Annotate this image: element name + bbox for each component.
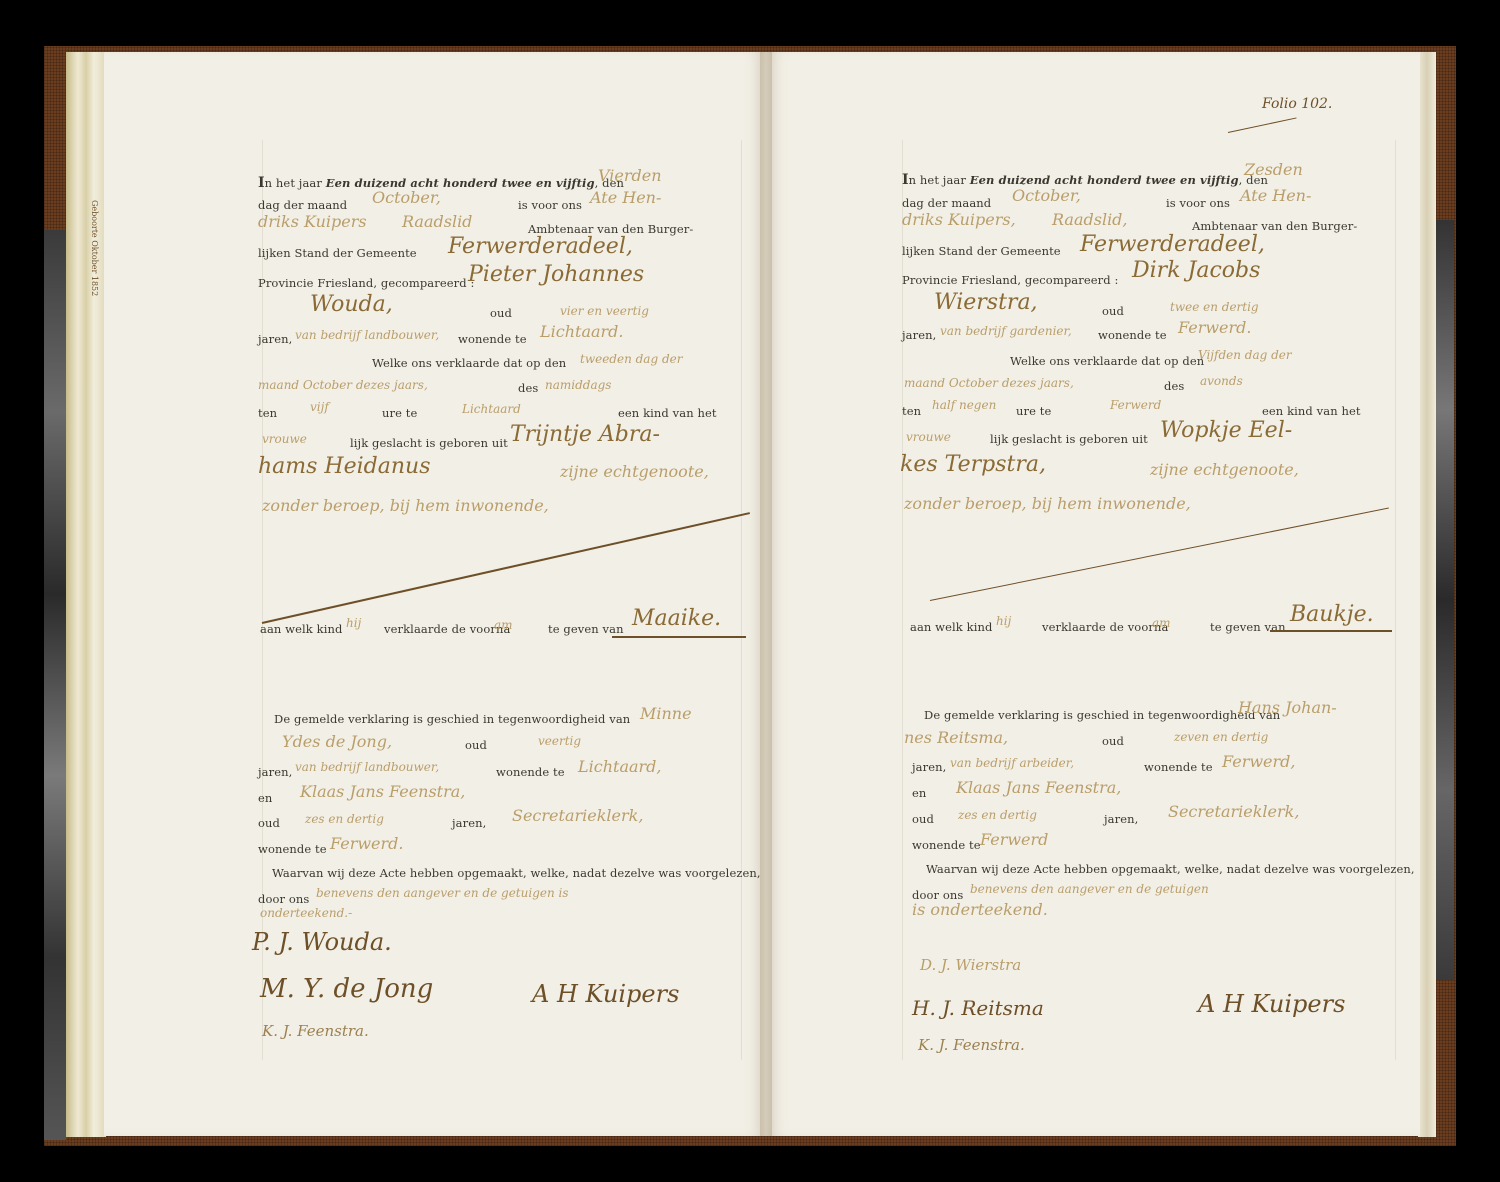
witness1-oud: oud: [465, 738, 487, 752]
witness1-residence-hand: Lichtaard,: [578, 757, 662, 776]
oud: oud: [1102, 304, 1124, 318]
child-name-underline: [1270, 630, 1392, 632]
witness2-age-hand: zes en dertig: [958, 808, 1037, 822]
child-name-hand: Maaike.: [632, 606, 721, 631]
residence-hand: Ferwerd.: [1178, 318, 1251, 337]
mother-details-hand: zonder beroep, bij hem inwonende,: [904, 494, 1191, 513]
witness2-occupation-hand: Secretarieklerk,: [512, 806, 643, 825]
birth-place-hand: Ferwerd: [1110, 398, 1161, 412]
child-name-underline: [612, 636, 746, 638]
lijk-geslacht: lijk geslacht is geboren uit: [990, 432, 1148, 446]
gemelde-verklaring: De gemelde verklaring is geschied in teg…: [924, 708, 1280, 722]
witness1-hand-1: Minne: [640, 704, 692, 723]
wonende-te: wonende te: [1098, 328, 1167, 342]
residence-hand: Lichtaard.: [540, 322, 624, 341]
witness2-age-hand: zes en dertig: [305, 812, 384, 826]
ure-te: ure te: [1016, 404, 1051, 418]
dag-der-maand: dag der maand: [258, 198, 347, 212]
witness1-oud: oud: [1102, 734, 1124, 748]
ambtenaar: Ambtenaar van den Burger-: [1192, 219, 1357, 233]
relation-hand: zijne echtgenoote,: [560, 462, 709, 481]
hour-hand: half negen: [932, 398, 996, 412]
time-of-day-hand: namiddags: [545, 378, 611, 392]
official-hand-2: driks Kuipers,: [902, 210, 1016, 229]
witness1-hand-2: nes Reitsma,: [904, 728, 1008, 747]
witness2-residence-hand: Ferwerd.: [330, 834, 403, 853]
ure-te: ure te: [382, 406, 417, 420]
witness1-age-hand: zeven en dertig: [1174, 730, 1268, 744]
witness2-wonende: wonende te: [912, 838, 981, 852]
birth-month-hand: maand October dezes jaars,: [904, 376, 1074, 390]
dag-der-maand: dag der maand: [902, 196, 991, 210]
aan-welk-kind: aan welk kind: [910, 620, 992, 634]
mother-hand-2: kes Terpstra,: [900, 452, 1046, 477]
folio-number: Folio 102.: [1262, 96, 1332, 112]
witness2-oud: oud: [258, 816, 280, 830]
birth-month-hand: maand October dezes jaars,: [258, 378, 428, 392]
mother-hand-2: hams Heidanus: [258, 454, 431, 479]
witness1-hand-1: Hans Johan-: [1238, 698, 1337, 717]
is-voor-ons: is voor ons: [1166, 196, 1230, 210]
signature-official: A H Kuipers: [1198, 990, 1345, 1018]
gemeente-hand: Ferwerderadeel,: [1080, 232, 1265, 257]
line-1: In het jaar Een duizend acht honderd twe…: [902, 172, 1268, 188]
verklaarde-voorna: verklaarde de voorna: [1042, 620, 1168, 634]
jaren: jaren,: [258, 332, 292, 346]
official-role: Raadslid,: [1052, 210, 1128, 229]
provincie: Provincie Friesland, gecompareerd :: [902, 273, 1118, 287]
is-voor-ons: is voor ons: [518, 198, 582, 212]
witness2-residence-hand: Ferwerd: [980, 830, 1048, 849]
witness2-occupation-hand: Secretarieklerk,: [1168, 802, 1299, 821]
witness2-hand: Klaas Jans Feenstra,: [956, 778, 1121, 797]
voorna-suffix-hand: am: [494, 618, 513, 632]
time-of-day-hand: avonds: [1200, 374, 1243, 388]
signature-witness2: K. J. Feenstra.: [918, 1036, 1025, 1054]
witness1-residence-hand: Ferwerd,: [1222, 752, 1295, 771]
declarant-hand-1: Pieter Johannes: [468, 262, 644, 287]
lijken-stand: lijken Stand der Gemeente: [258, 246, 417, 260]
jaren: jaren,: [902, 328, 936, 342]
official-role: Raadslid: [402, 212, 472, 231]
witness1-hand-2: Ydes de Jong,: [282, 732, 392, 751]
een-kind: een kind van het: [618, 406, 717, 420]
official-hand-2: driks Kuipers: [258, 212, 367, 231]
declarant-hand-2: Wouda,: [310, 292, 393, 317]
waarvan-clause: Waarvan wij deze Acte hebben opgemaakt, …: [272, 866, 761, 880]
signature-declarant: D. J. Wierstra: [920, 956, 1021, 974]
wonende-te: wonende te: [458, 332, 527, 346]
closing-hand-1: benevens den aangever en de getuigen: [970, 882, 1209, 896]
aan-welk-kind: aan welk kind: [260, 622, 342, 636]
sex-hand: vrouwe: [906, 430, 951, 444]
birth-day-hand: tweeden dag der: [580, 352, 682, 366]
month-hand: October,: [372, 188, 441, 207]
des: des: [1164, 379, 1184, 393]
lijk-geslacht: lijk geslacht is geboren uit: [350, 436, 508, 450]
mother-details-hand: zonder beroep, bij hem inwonende,: [262, 496, 549, 515]
birth-place-hand: Lichtaard: [462, 402, 521, 416]
een-kind: een kind van het: [1262, 404, 1361, 418]
month-hand: October,: [1012, 186, 1081, 205]
signature-witness1: M. Y. de Jong: [260, 974, 433, 1004]
voorna-suffix-hand: am: [1152, 616, 1171, 630]
signature-official: A H Kuipers: [532, 980, 679, 1008]
marbled-board-right: [1434, 220, 1454, 980]
witness1-occupation-hand: van bedrijf arbeider,: [950, 756, 1074, 770]
hour-hand: vijf: [310, 400, 329, 414]
witness1-occupation-hand: van bedrijf landbouwer,: [295, 760, 439, 774]
witness1-wonende: wonende te: [496, 765, 565, 779]
birth-day-hand: Vijfden dag der: [1198, 348, 1292, 362]
witness1-jaren: jaren,: [258, 765, 292, 779]
witness2-jaren: jaren,: [1104, 812, 1138, 826]
signature-witness1: H. J. Reitsma: [912, 996, 1044, 1020]
welke-verklaarde: Welke ons verklaarde dat op den: [372, 356, 566, 370]
gemeente-hand: Ferwerderadeel,: [448, 234, 633, 259]
declarer-pronoun-hand: hij: [346, 616, 361, 630]
declarant-hand-2: Wierstra,: [934, 290, 1038, 315]
child-name-hand: Baukje.: [1290, 602, 1374, 627]
witness2-jaren: jaren,: [452, 816, 486, 830]
marbled-board-left: [44, 230, 66, 1140]
age-hand: twee en dertig: [1170, 300, 1259, 314]
spine-margin-notes: Geboorte Oktober 1852: [91, 200, 101, 296]
te-geven-van: te geven van: [548, 622, 624, 636]
waarvan-clause: Waarvan wij deze Acte hebben opgemaakt, …: [926, 862, 1415, 876]
gemelde-verklaring: De gemelde verklaring is geschied in teg…: [274, 712, 630, 726]
mother-hand-1: Wopkje Eel-: [1160, 418, 1292, 443]
book-gutter: [760, 52, 772, 1136]
relation-hand: zijne echtgenoote,: [1150, 460, 1299, 479]
official-hand-1: Ate Hen-: [1240, 186, 1311, 205]
age-hand: vier en veertig: [560, 304, 649, 318]
en: en: [258, 791, 272, 805]
occupation-hand: van bedrijf landbouwer,: [295, 328, 439, 342]
closing-hand-2: is onderteekend.: [912, 900, 1048, 919]
door-ons: door ons: [258, 892, 309, 906]
provincie: Provincie Friesland, gecompareerd :: [258, 276, 474, 290]
witness1-age-hand: veertig: [538, 734, 581, 748]
verklaarde-voorna: verklaarde de voorna: [384, 622, 510, 636]
ten: ten: [258, 406, 277, 420]
sex-hand: vrouwe: [262, 432, 307, 446]
page-edges-right: [1418, 52, 1436, 1137]
witness1-wonende: wonende te: [1144, 760, 1213, 774]
welke-verklaarde: Welke ons verklaarde dat op den: [1010, 354, 1204, 368]
lijken-stand: lijken Stand der Gemeente: [902, 244, 1061, 258]
ten: ten: [902, 404, 921, 418]
closing-hand-1: benevens den aangever en de getuigen is: [316, 886, 569, 900]
day-hand: Zesden: [1244, 160, 1303, 179]
declarer-pronoun-hand: hij: [996, 614, 1011, 628]
witness2-wonende: wonende te: [258, 842, 327, 856]
des: des: [518, 381, 538, 395]
closing-hand-2: onderteekend.-: [260, 906, 352, 920]
en: en: [912, 786, 926, 800]
witness2-oud: oud: [912, 812, 934, 826]
signature-witness2: K. J. Feenstra.: [262, 1022, 369, 1040]
signature-declarant: P. J. Wouda.: [252, 928, 392, 956]
mother-hand-1: Trijntje Abra-: [510, 422, 660, 447]
oud: oud: [490, 306, 512, 320]
official-hand-1: Ate Hen-: [590, 188, 661, 207]
line-1: In het jaar Een duizend acht honderd twe…: [258, 175, 624, 191]
occupation-hand: van bedrijf gardenier,: [940, 324, 1072, 338]
declarant-hand-1: Dirk Jacobs: [1132, 258, 1260, 283]
witness1-jaren: jaren,: [912, 760, 946, 774]
witness2-hand: Klaas Jans Feenstra,: [300, 782, 465, 801]
day-hand: Vierden: [598, 166, 662, 185]
